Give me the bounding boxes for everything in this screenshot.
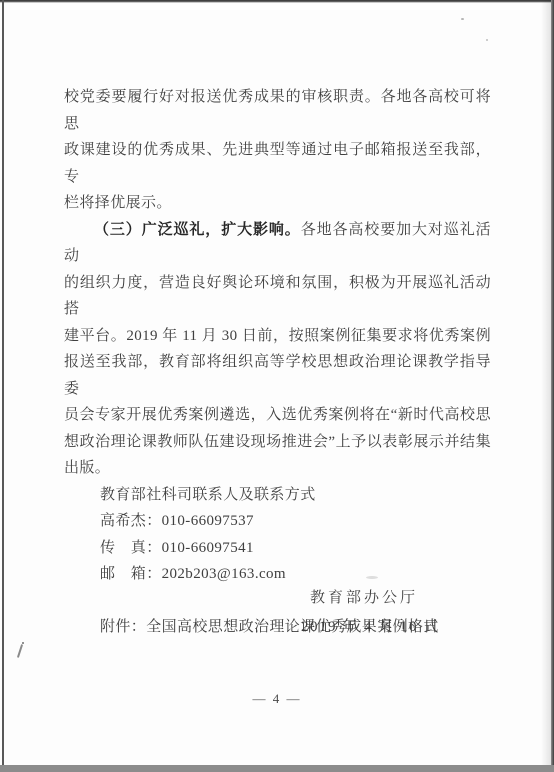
page-number: — 4 — <box>0 691 554 707</box>
scanned-document-page: 校党委要履行好对报送优秀成果的审核职责。各地各高校可将思 政课建设的优秀成果、先… <box>0 0 554 772</box>
vertical-gap <box>64 588 491 614</box>
signoff-date: 2019 年 4 月 10 日 <box>301 615 440 636</box>
contact-line-email: 邮 箱：202b203@163.com <box>64 561 491 588</box>
body-line: 建平台。2019 年 11 月 30 日前，按照案例征集要求将优秀案例 <box>64 323 491 350</box>
body-line: 政课建设的优秀成果、先进典型等通过电子邮箱报送至我部，专 <box>64 137 491 190</box>
contact-heading: 教育部社科司联系人及联系方式 <box>64 482 491 509</box>
scan-edge-top <box>0 0 554 3</box>
paragraph-2: （三）广泛巡礼，扩大影响。各地各高校要加大对巡礼活动 的组织力度，营造良好舆论环… <box>64 217 491 482</box>
scan-speck <box>461 18 464 20</box>
scan-shadow-right <box>541 0 551 772</box>
body-line: 想政治理论课教师队伍建设现场推进会”上予以表彰展示并结集 <box>64 429 491 456</box>
body-line: 出版。 <box>64 455 491 482</box>
body-line: （三）广泛巡礼，扩大影响。各地各高校要加大对巡礼活动 <box>64 217 491 270</box>
scan-edge-bottom <box>0 765 554 772</box>
body-line: 栏将择优展示。 <box>64 190 491 217</box>
pen-mark-dot-artifact <box>22 642 24 644</box>
body-line: 报送至我部，教育部将组织高等学校思想政治理论课教学指导委 <box>64 349 491 402</box>
section-heading-bold: （三）广泛巡礼，扩大影响。 <box>94 222 301 238</box>
scan-speck <box>486 39 488 41</box>
document-body: 校党委要履行好对报送优秀成果的审核职责。各地各高校可将思 政课建设的优秀成果、先… <box>64 84 491 640</box>
scan-edge-left <box>2 0 4 772</box>
body-line: 校党委要履行好对报送优秀成果的审核职责。各地各高校可将思 <box>64 84 491 137</box>
body-line: 员会专家开展优秀案例遴选，入选优秀案例将在“新时代高校思 <box>64 402 491 429</box>
signoff-organization: 教育部办公厅 <box>310 586 418 607</box>
contact-line-fax: 传 真：010-66097541 <box>64 535 491 562</box>
contact-line-name-phone: 高希杰：010-66097537 <box>64 508 491 535</box>
contact-block: 教育部社科司联系人及联系方式 高希杰：010-66097537 传 真：010-… <box>64 482 491 588</box>
pen-mark-artifact <box>17 644 23 658</box>
body-line: 的组织力度，营造良好舆论环境和氛围，积极为开展巡礼活动搭 <box>64 270 491 323</box>
scan-smudge <box>366 576 378 579</box>
paragraph-1: 校党委要履行好对报送优秀成果的审核职责。各地各高校可将思 政课建设的优秀成果、先… <box>64 84 491 217</box>
